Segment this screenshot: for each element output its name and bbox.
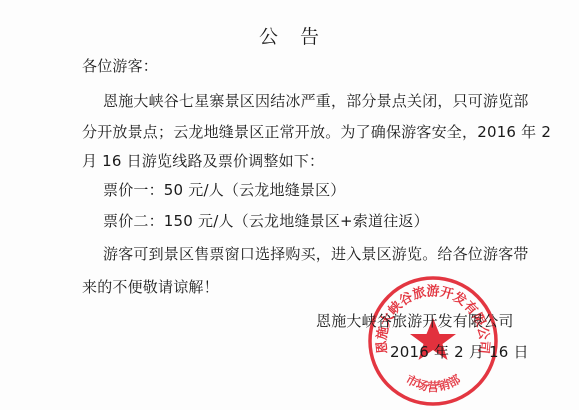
ticket-price-two: 票价二：150 元/人（云龙地缝景区+索道往返）: [103, 212, 429, 230]
ticket-price-one: 票价一：50 元/人（云龙地缝景区）: [103, 181, 346, 199]
notice-document: 公告 各位游客： 恩施大峡谷七星寨景区因结冰严重，部分景点关闭，只可游览部 分开…: [0, 0, 579, 410]
notice-title: 公告: [259, 22, 341, 49]
paragraph-line: 月 16 日游览线路及票价调整如下：: [82, 152, 324, 170]
signature-date: 2016 年 2 月 16 日: [390, 343, 529, 361]
greeting: 各位游客：: [82, 57, 158, 75]
paragraph-line: 分开放景点；云龙地缝景区正常开放。为了确保游客安全，2016 年 2: [82, 123, 551, 141]
paragraph-line: 游客可到景区售票窗口选择购买，进入景区游览。给各位游客带: [103, 245, 529, 263]
paragraph-line: 来的不便敬请谅解！: [82, 278, 219, 296]
signature-company: 恩施大峡谷旅游开发有限公司: [316, 312, 514, 330]
paragraph-line: 恩施大峡谷七星寨景区因结冰严重，部分景点关闭，只可游览部: [103, 92, 529, 110]
